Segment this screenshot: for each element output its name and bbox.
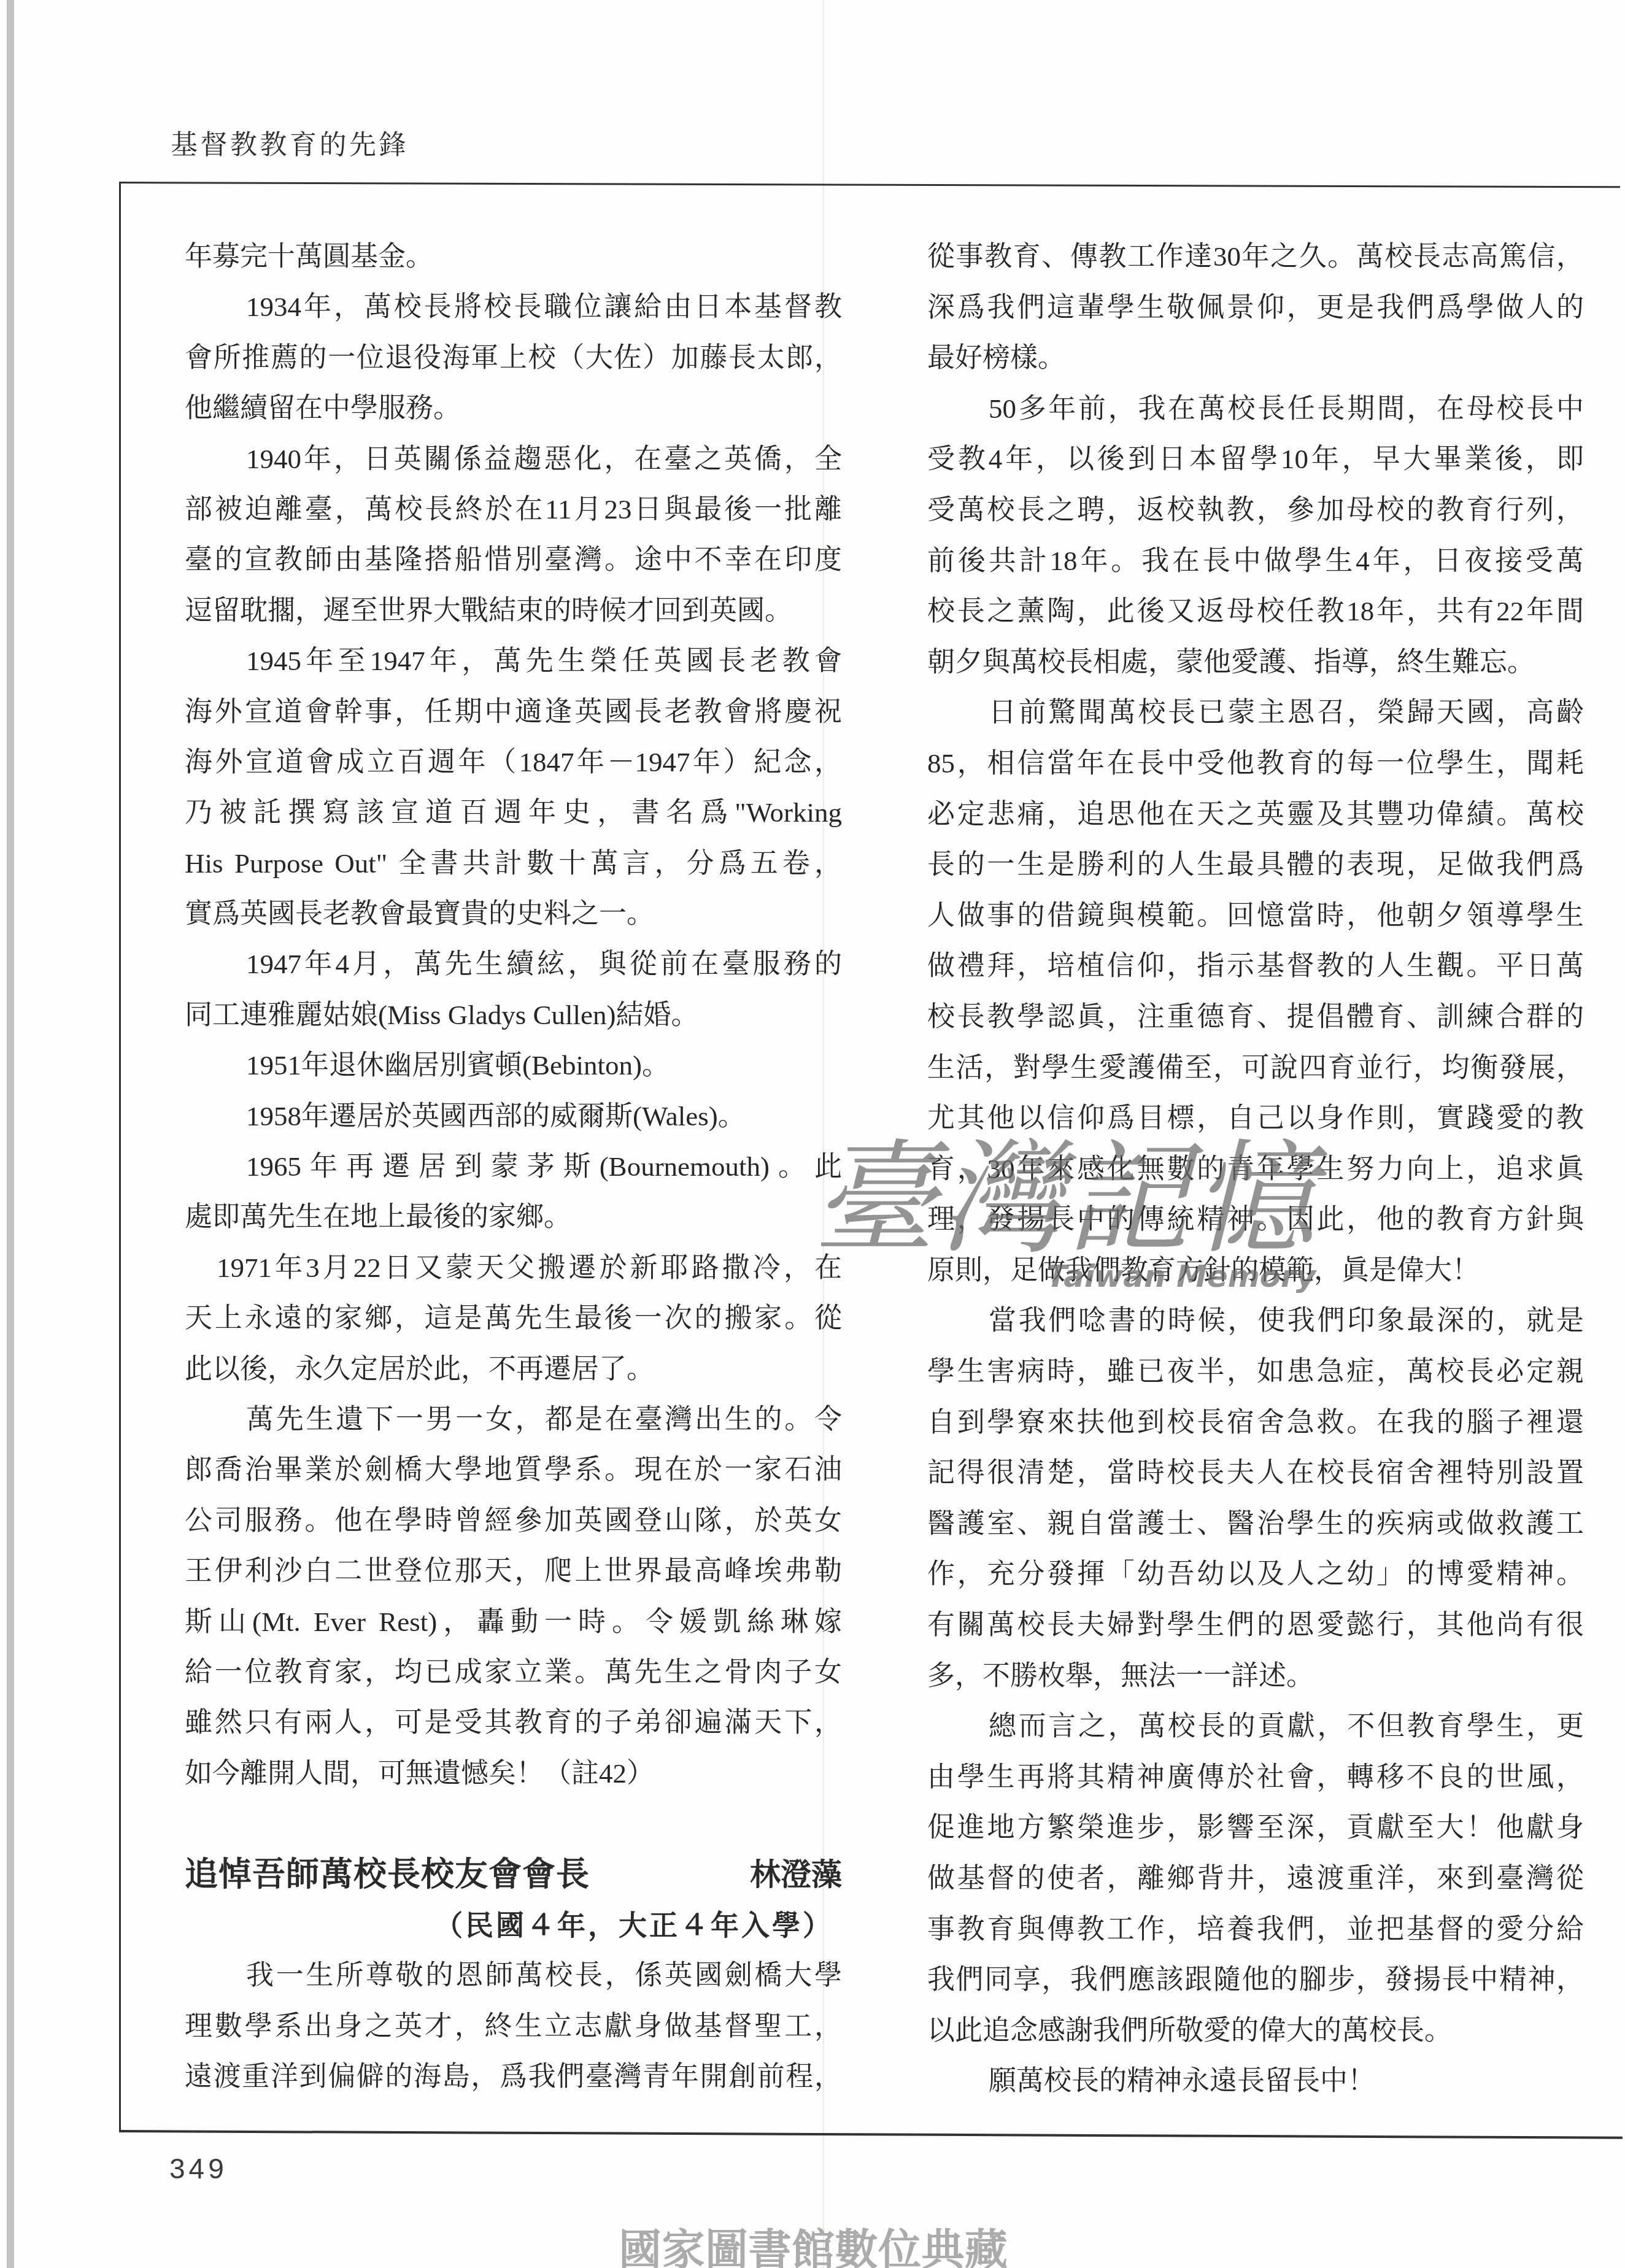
text-line: 給一位教育家，均已成家立業。萬先生之骨肉子女 (185, 1647, 842, 1697)
text-line: 校長教學認眞，注重德育、提倡體育、訓練合群的 (927, 992, 1584, 1043)
text-line: 深爲我們這輩學生敬佩景仰，更是我們爲學做人的 (927, 282, 1584, 333)
running-header: 基督教教育的先鋒 (171, 130, 409, 161)
text-line: 斯山(Mt. Ever Rest)，轟動一時。令媛凱絲琳嫁 (185, 1597, 842, 1647)
text-line: 1965年再遷居到蒙茅斯(Bournemouth)。此 (185, 1141, 842, 1192)
text-line: 同工連雅麗姑娘(Miss Gladys Cullen)結婚。 (185, 990, 842, 1040)
text-line: 1940年，日英關係益趨惡化，在臺之英僑，全 (185, 434, 842, 484)
text-line: 做禮拜，培植信仰，指示基督教的人生觀。平日萬 (927, 941, 1584, 992)
text-line: 他繼續留在中學服務。 (185, 383, 842, 433)
text-line: 前後共計18年。我在長中做學生4年，日夜接受萬 (927, 536, 1584, 587)
scan-edge-strip (7, 0, 14, 2268)
text-line: 願萬校長的精神永遠長留長中！ (927, 2056, 1584, 2107)
scanned-book-page: 基督教教育的先鋒 年募完十萬圓基金。 1934年，萬校長將校長職位讓給由日本基督… (0, 0, 1625, 2268)
text-line: 總而言之，萬校長的貢獻，不但教育學生，更 (927, 1701, 1584, 1752)
text-line: 郎喬治畢業於劍橋大學地質學系。現在於一家石油 (185, 1444, 842, 1495)
national-library-watermark: 國家圖書館數位典藏 (619, 2227, 1008, 2268)
text-line: 從事教育、傳教工作達30年之久。萬校長志高篤信， (927, 231, 1584, 282)
page-number: 349 (169, 2153, 228, 2185)
text-line: 人做事的借鏡與模範。回憶當時，他朝夕領導學生 (927, 890, 1584, 941)
text-line: 自到學寮來扶他到校長宿舍急救。在我的腦子裡還 (927, 1397, 1584, 1448)
text-line: 萬先生遺下一男一女，都是在臺灣出生的。令 (185, 1394, 842, 1444)
text-line: 最好榜樣。 (927, 333, 1584, 384)
text-line: 受萬校長之聘，返校執教，參加母校的教育行列， (927, 485, 1584, 536)
taiwan-memory-watermark: 臺灣記憶 (813, 1135, 1319, 1264)
text-line: 1951年退休幽居別賓頓(Bebinton)。 (185, 1040, 842, 1090)
text-line: 部被迫離臺，萬校長終於在11月23日與最後一批離 (185, 484, 842, 534)
text-line: 乃被託撰寫該宣道百週年史，書名爲"Working (185, 787, 842, 838)
text-line: 由學生再將其精神廣傳於社會，轉移不良的世風， (927, 1752, 1584, 1803)
text-line: 實爲英國長老教會最寶貴的史料之一。 (185, 889, 842, 939)
text-line: 如今離開人間，可無遺憾矣！（註42） (185, 1748, 842, 1799)
text-line: 會所推薦的一位退役海軍上校（大佐）加藤長太郎， (185, 333, 842, 383)
memorial-heading: 追悼吾師萬校長校友會會長 林澄藻 (185, 1849, 842, 1900)
frame-rule-top (119, 182, 1620, 188)
text-line: 學生害病時，雖已夜半，如患急症，萬校長必定親 (927, 1346, 1584, 1397)
memorial-author: 林澄藻 (750, 1849, 842, 1900)
frame-rule-left (119, 182, 121, 2132)
text-line: His Purpose Out" 全書共計數十萬言，分爲五卷， (185, 838, 842, 889)
text-line: 校長之薰陶，此後又返母校任教18年，共有22年間 (927, 586, 1584, 637)
text-line: 做基督的使者，離鄉背井，遠渡重洋，來到臺灣從 (927, 1853, 1584, 1904)
text-line: 有關萬校長夫婦對學生們的恩愛懿行，其他尚有很 (927, 1600, 1584, 1651)
text-line: 海外宣道會成立百週年（1847年－1947年）紀念， (185, 737, 842, 787)
text-line: 1958年遷居於英國西部的威爾斯(Wales)。 (185, 1091, 842, 1141)
text-line: 雖然只有兩人，可是受其教育的子弟卻遍滿天下， (185, 1697, 842, 1748)
text-line: 生活，對學生愛護備至，可說四育並行，均衡發展， (927, 1043, 1584, 1093)
text-line: 1945年至1947年，萬先生榮任英國長老教會 (185, 636, 842, 686)
blank-line-spacer (185, 1799, 842, 1849)
text-line: 我一生所尊敬的恩師萬校長，係英國劍橋大學 (185, 1950, 842, 2000)
text-line: 我們同享，我們應該跟隨他的腳步，發揚長中精神， (927, 1954, 1584, 2005)
text-line: 臺的宣教師由基隆搭船惜別臺灣。途中不幸在印度 (185, 534, 842, 585)
text-line: 理數學系出身之英才，終生立志獻身做基督聖工， (185, 2001, 842, 2051)
text-line: 事教育與傳教工作，培養我們，並把基督的愛分給 (927, 1904, 1584, 1955)
text-line: 多，不勝枚舉，無法一一詳述。 (927, 1651, 1584, 1702)
text-line: 天上永遠的家鄉，這是萬先生最後一次的搬家。從 (185, 1293, 842, 1343)
text-line: 處即萬先生在地上最後的家鄉。 (185, 1192, 842, 1242)
text-line: 當我們唸書的時候，使我們印象最深的，就是 (927, 1295, 1584, 1346)
text-line: 1971年3月22日又蒙天父搬遷於新耶路撒冷，在 (185, 1243, 842, 1293)
text-line: 長的一生是勝利的人生最具體的表現，足做我們爲 (927, 839, 1584, 890)
text-line: 受教4年，以後到日本留學10年，早大畢業後，即 (927, 434, 1584, 485)
text-line: 促進地方繁榮進步，影響至深，貢獻至大！他獻身 (927, 1802, 1584, 1853)
text-line: 50多年前，我在萬校長任長期間，在母校長中 (927, 384, 1584, 434)
text-line: 公司服務。他在學時曾經參加英國登山隊，於英女 (185, 1495, 842, 1546)
text-line: 海外宣道會幹事，任期中適逢英國長老教會將慶祝 (185, 687, 842, 737)
text-line: 以此追念感謝我們所敬愛的偉大的萬校長。 (927, 2005, 1584, 2056)
taiwan-memory-watermark-subtitle: Taiwan Memory (1046, 1259, 1316, 1294)
text-line: 1934年，萬校長將校長職位讓給由日本基督教 (185, 282, 842, 332)
text-line: 日前驚聞萬校長已蒙主恩召，榮歸天國，高齡 (927, 687, 1584, 738)
memorial-title: 追悼吾師萬校長校友會會長 (185, 1849, 590, 1900)
text-line: 必定悲痛，追思他在天之英靈及其豐功偉績。萬校 (927, 789, 1584, 840)
text-line: 1947年4月，萬先生續絃，與從前在臺服務的 (185, 939, 842, 989)
text-line: 記得很清楚，當時校長夫人在校長宿舍裡特別設置 (927, 1448, 1584, 1498)
memorial-subtitle: （民國４年，大正４年入學） (185, 1900, 842, 1950)
frame-rule-bottom (119, 2130, 1623, 2139)
text-line: 逗留耽擱，遲至世界大戰結束的時候才回到英國。 (185, 585, 842, 636)
left-text-column: 年募完十萬圓基金。 1934年，萬校長將校長職位讓給由日本基督教 會所推薦的一位… (185, 231, 842, 2102)
text-line: 王伊利沙白二世登位那天，爬上世界最高峰埃弗勒 (185, 1546, 842, 1596)
text-line: 遠渡重洋到偏僻的海島，爲我們臺灣青年開創前程， (185, 2051, 842, 2102)
text-line: 朝夕與萬校長相處，蒙他愛護、指導，終生難忘。 (927, 637, 1584, 688)
text-line: 作，充分發揮「幼吾幼以及人之幼」的博愛精神。 (927, 1549, 1584, 1600)
text-line: 此以後，永久定居於此，不再遷居了。 (185, 1344, 842, 1394)
text-line: 85，相信當年在長中受他教育的每一位學生，聞耗 (927, 738, 1584, 789)
text-line: 年募完十萬圓基金。 (185, 231, 842, 282)
text-line: 醫護室、親自當護士、醫治學生的疾病或做救護工 (927, 1498, 1584, 1549)
